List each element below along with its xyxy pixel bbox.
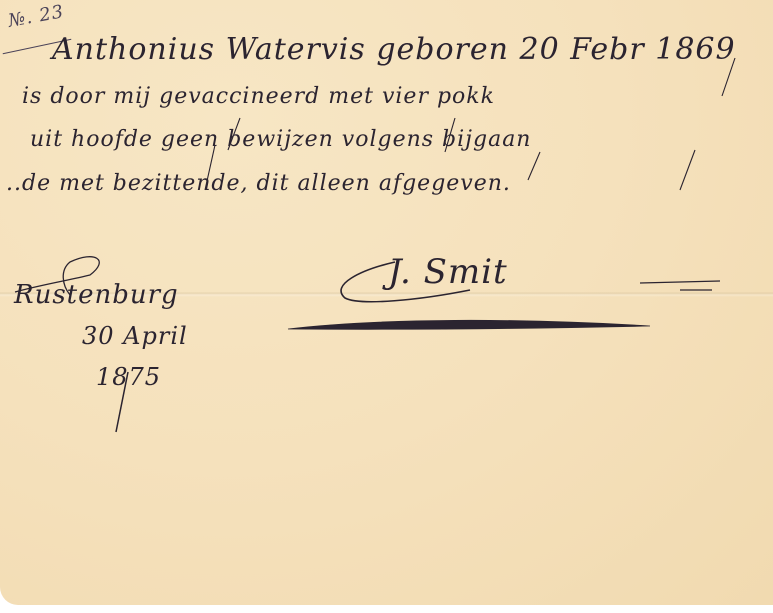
place-flourish (15, 257, 99, 295)
year-descender (116, 372, 128, 432)
descender-strokes (205, 58, 735, 190)
paper-sheet: №. 23 Anthonius Watervis geboren 20 Febr… (0, 0, 773, 605)
signature-underline (288, 320, 650, 329)
signature-flourish (341, 262, 470, 302)
pen-flourishes (0, 0, 773, 605)
signature-tail-line (640, 281, 720, 283)
